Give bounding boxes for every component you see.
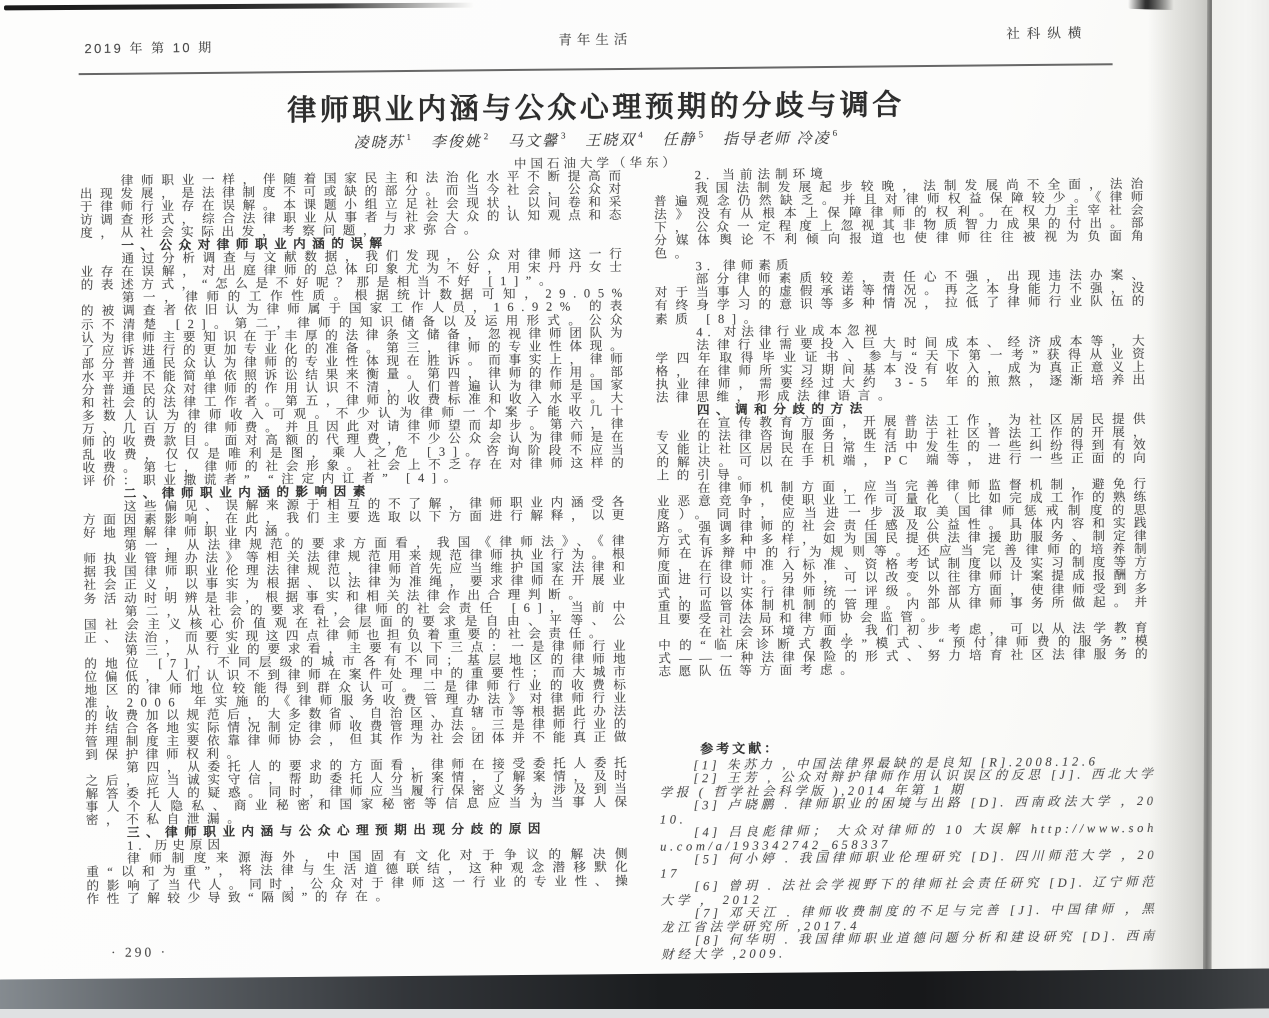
paragraph: 第一，从法律规范的要求方面看，我国《律师法》、《律师执业管理办法》等相关法律规范…: [83, 535, 633, 606]
paragraph: 律师职业一样，伴随着国家民主和法治化水平不断提高而出现发展，是法律制度不可或缺的…: [80, 170, 630, 241]
author-superscript: 5: [698, 129, 705, 139]
author-superscript: 1: [406, 132, 413, 142]
paragraph: 第一，律师的工作性质。根据统计数据可知，29.05%的被调查者依旧认为律师属于国…: [81, 287, 632, 488]
author-name: 王晓双4: [585, 133, 645, 150]
paragraph: 第二，从社会的要求看，律师的社会责任 [6]，当前中国社会主义核心价值观在社会层…: [84, 600, 633, 644]
paragraph: 部分律师素质较差，责任心不强，出现违法办案、对于当事人的虚假承诺等情况。再之本身…: [655, 269, 1152, 326]
paragraph: 第四，从委托人的要求的方面看，律师在接受委托人委托之后，应当诚实守信，帮助委托人…: [85, 757, 635, 828]
author-superscript: 6: [833, 128, 840, 138]
right-column: 2. 当前法制环境 我国法制发展起步较晚，法制发展尚不全面，法治普遍观念仍然缺乏…: [654, 165, 1159, 962]
author-name: 李俊姚2: [431, 134, 491, 151]
right-column-body: 2. 当前法制环境 我国法制发展起步较晚，法制发展尚不全面，法治普遍观念仍然缺乏…: [654, 165, 1156, 679]
scanned-page: 2019 年 第 10 期 青年生活 社科纵横 律师职业内涵与公众心理预期的分歧…: [0, 0, 1269, 1018]
header-journal-title: 青年生活: [78, 23, 1112, 53]
paragraph: 在宣传教育方面，开展普法工作，为社区居民提供专业的法律咨询服务，既有助于社区普法…: [656, 413, 1154, 483]
page-header: 2019 年 第 10 期 青年生活 社科纵横: [0, 0, 1266, 86]
scan-margin-right: [1212, 0, 1269, 1018]
author-superscript: 3: [561, 130, 568, 140]
author-name: 指导老师 冷凌6: [723, 131, 839, 148]
page-curl-shadow: [1148, 0, 1212, 1018]
header-section-name: 社科纵横: [1006, 21, 1088, 42]
paragraph: 在律师机制方面，应当完善律师监督机制，避免行业恶意竞争，使职业工作可量化（比如完…: [657, 478, 1155, 626]
scan-margin-bottom: [0, 1009, 1269, 1018]
reference-item: [8] 何华明 . 我国律师职业道德问题分析和建设研究 [D]. 西南财经大学 …: [661, 930, 1158, 962]
references-section: 参考文献： [1] 朱苏力 , 中国法律界最缺的是良知 [R].2008.12.…: [659, 738, 1158, 962]
author-superscript: 2: [484, 131, 491, 141]
author-superscript: 4: [638, 130, 645, 140]
references-list: [1] 朱苏力 , 中国法律界最缺的是良知 [R].2008.12.6 [2] …: [659, 755, 1158, 962]
paragraph: 在社会环境方面，我们初步考虑，可以从法学教育中的“临床诊断式教学”模式、“预付律…: [658, 622, 1155, 679]
header-divider: [79, 63, 1113, 75]
author-name: 马文馨3: [508, 133, 568, 150]
author-name: 任静5: [663, 132, 706, 148]
paragraph: 法律行业需要投入巨大时间成本、经济成本等，大学四年取得毕业证书、参与“天下第一考…: [655, 334, 1153, 404]
paragraph: 律师制度来源海外，中国固有文化对于争议的解决侧重“以和为重”，将法律与生活道德联…: [86, 848, 635, 905]
page-content: 2019 年 第 10 期 青年生活 社科纵横 律师职业内涵与公众心理预期的分歧…: [0, 0, 1269, 1018]
left-column: 律师职业一样，伴随着国家民主和法治化水平不断提高而出现发展，是法律制度不可或缺的…: [80, 170, 636, 906]
paragraph: 第三，从行业的要求看，主要有以下三点：一是律师行业的地位 [7]，不同层级的城市…: [84, 640, 634, 763]
paragraph: 我国法制发展起步较晚，法制发展尚不全面，法治普遍观念仍然缺乏。并且对律师权益保障…: [654, 178, 1152, 261]
author-name: 凌晓苏1: [353, 135, 413, 152]
article-title: 律师职业内涵与公众心理预期的分歧与调合: [79, 80, 1113, 131]
page-number: · 290 ·: [111, 944, 168, 961]
